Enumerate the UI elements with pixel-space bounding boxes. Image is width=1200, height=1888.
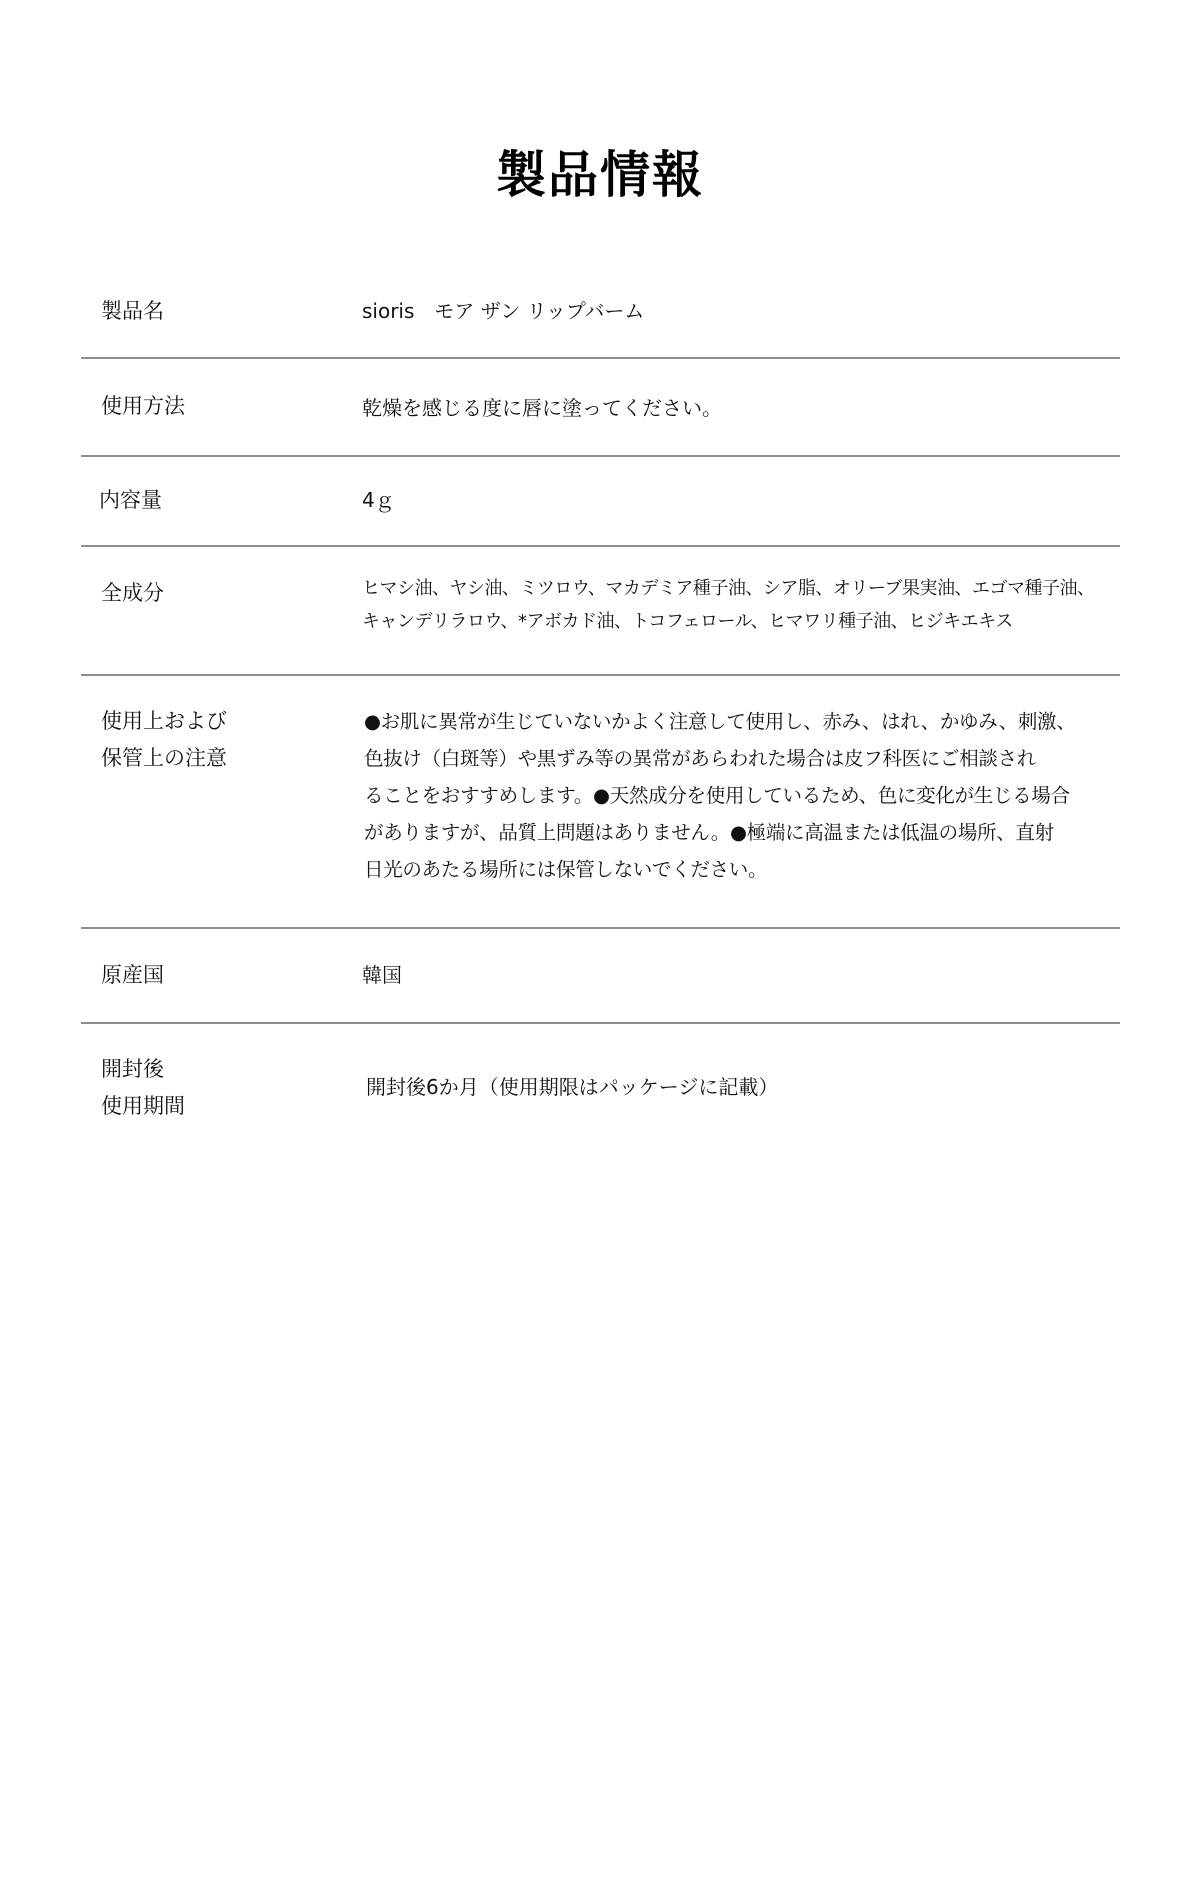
row-value: 開封後6か月（使用期限はパッケージに記載） <box>366 1069 1106 1106</box>
divider <box>81 1022 1120 1024</box>
page-title: 製品情報 <box>0 140 1200 210</box>
divider <box>81 927 1120 929</box>
divider <box>81 357 1120 359</box>
row-value: 乾燥を感じる度に唇に塗ってください。 <box>362 390 1102 427</box>
divider <box>81 674 1120 676</box>
row-value: 4ｇ <box>362 482 1102 519</box>
row-label: 使用上および 保管上の注意 <box>101 703 227 777</box>
row-value: sioris モア ザン リップバーム <box>362 293 1102 330</box>
row-value: ●お肌に異常が生じていないかよく注意して使用し、赤み、はれ、かゆみ、刺激、 色抜… <box>364 703 1104 888</box>
divider <box>81 455 1120 457</box>
row-value: 韓国 <box>362 957 1102 994</box>
row-label: 内容量 <box>99 482 162 519</box>
row-value: ヒマシ油、ヤシ油、ミツロウ、マカデミア種子油、シア脂、オリーブ果実油、エゴマ種子… <box>362 572 1102 638</box>
row-label: 製品名 <box>101 293 164 330</box>
row-label: 全成分 <box>101 575 164 612</box>
row-label: 原産国 <box>101 957 164 994</box>
divider <box>81 545 1120 547</box>
row-label: 開封後 使用期間 <box>101 1051 185 1125</box>
row-label: 使用方法 <box>101 388 185 425</box>
